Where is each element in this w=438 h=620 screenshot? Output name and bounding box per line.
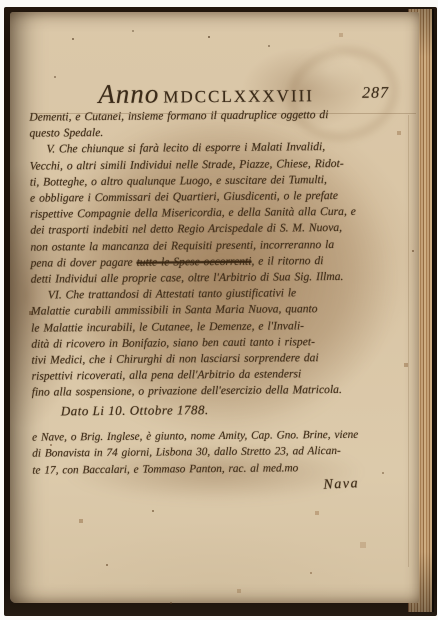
manuscript-body: Dementi, e Cutanei, insieme formano il q… xyxy=(29,106,398,401)
title-roman-year: MDCCLXXXVIII xyxy=(163,86,314,106)
line-text: pena di dover pagare xyxy=(31,256,137,270)
manuscript-postscript: e Nave, o Brig. Inglese, è giunto, nome … xyxy=(32,426,398,478)
date-line: Dato Li 10. Ottobre 1788. xyxy=(61,402,209,419)
manuscript-line: dei trasporti indebiti nel detto Regio A… xyxy=(30,220,396,239)
line-text: , e il ritorno di xyxy=(251,254,323,268)
struck-text: tutte le Spese occorrenti xyxy=(136,255,251,269)
manuscript-line: Vecchi, o altri simili Individui nelle S… xyxy=(30,155,396,174)
title-script-word: Anno xyxy=(98,79,159,110)
manuscript-scan: Anno MDCCLXXXVIII 287 Dementi, e Cutanei… xyxy=(0,0,438,620)
signature: Nava xyxy=(323,476,359,494)
page-number: 287 xyxy=(362,85,389,103)
page-title: Anno MDCCLXXXVIII xyxy=(56,77,356,111)
manuscript-line: fino alla sospensione, o privazione dell… xyxy=(32,382,398,401)
handwritten-content: Anno MDCCLXXXVIII 287 Dementi, e Cutanei… xyxy=(0,0,438,620)
